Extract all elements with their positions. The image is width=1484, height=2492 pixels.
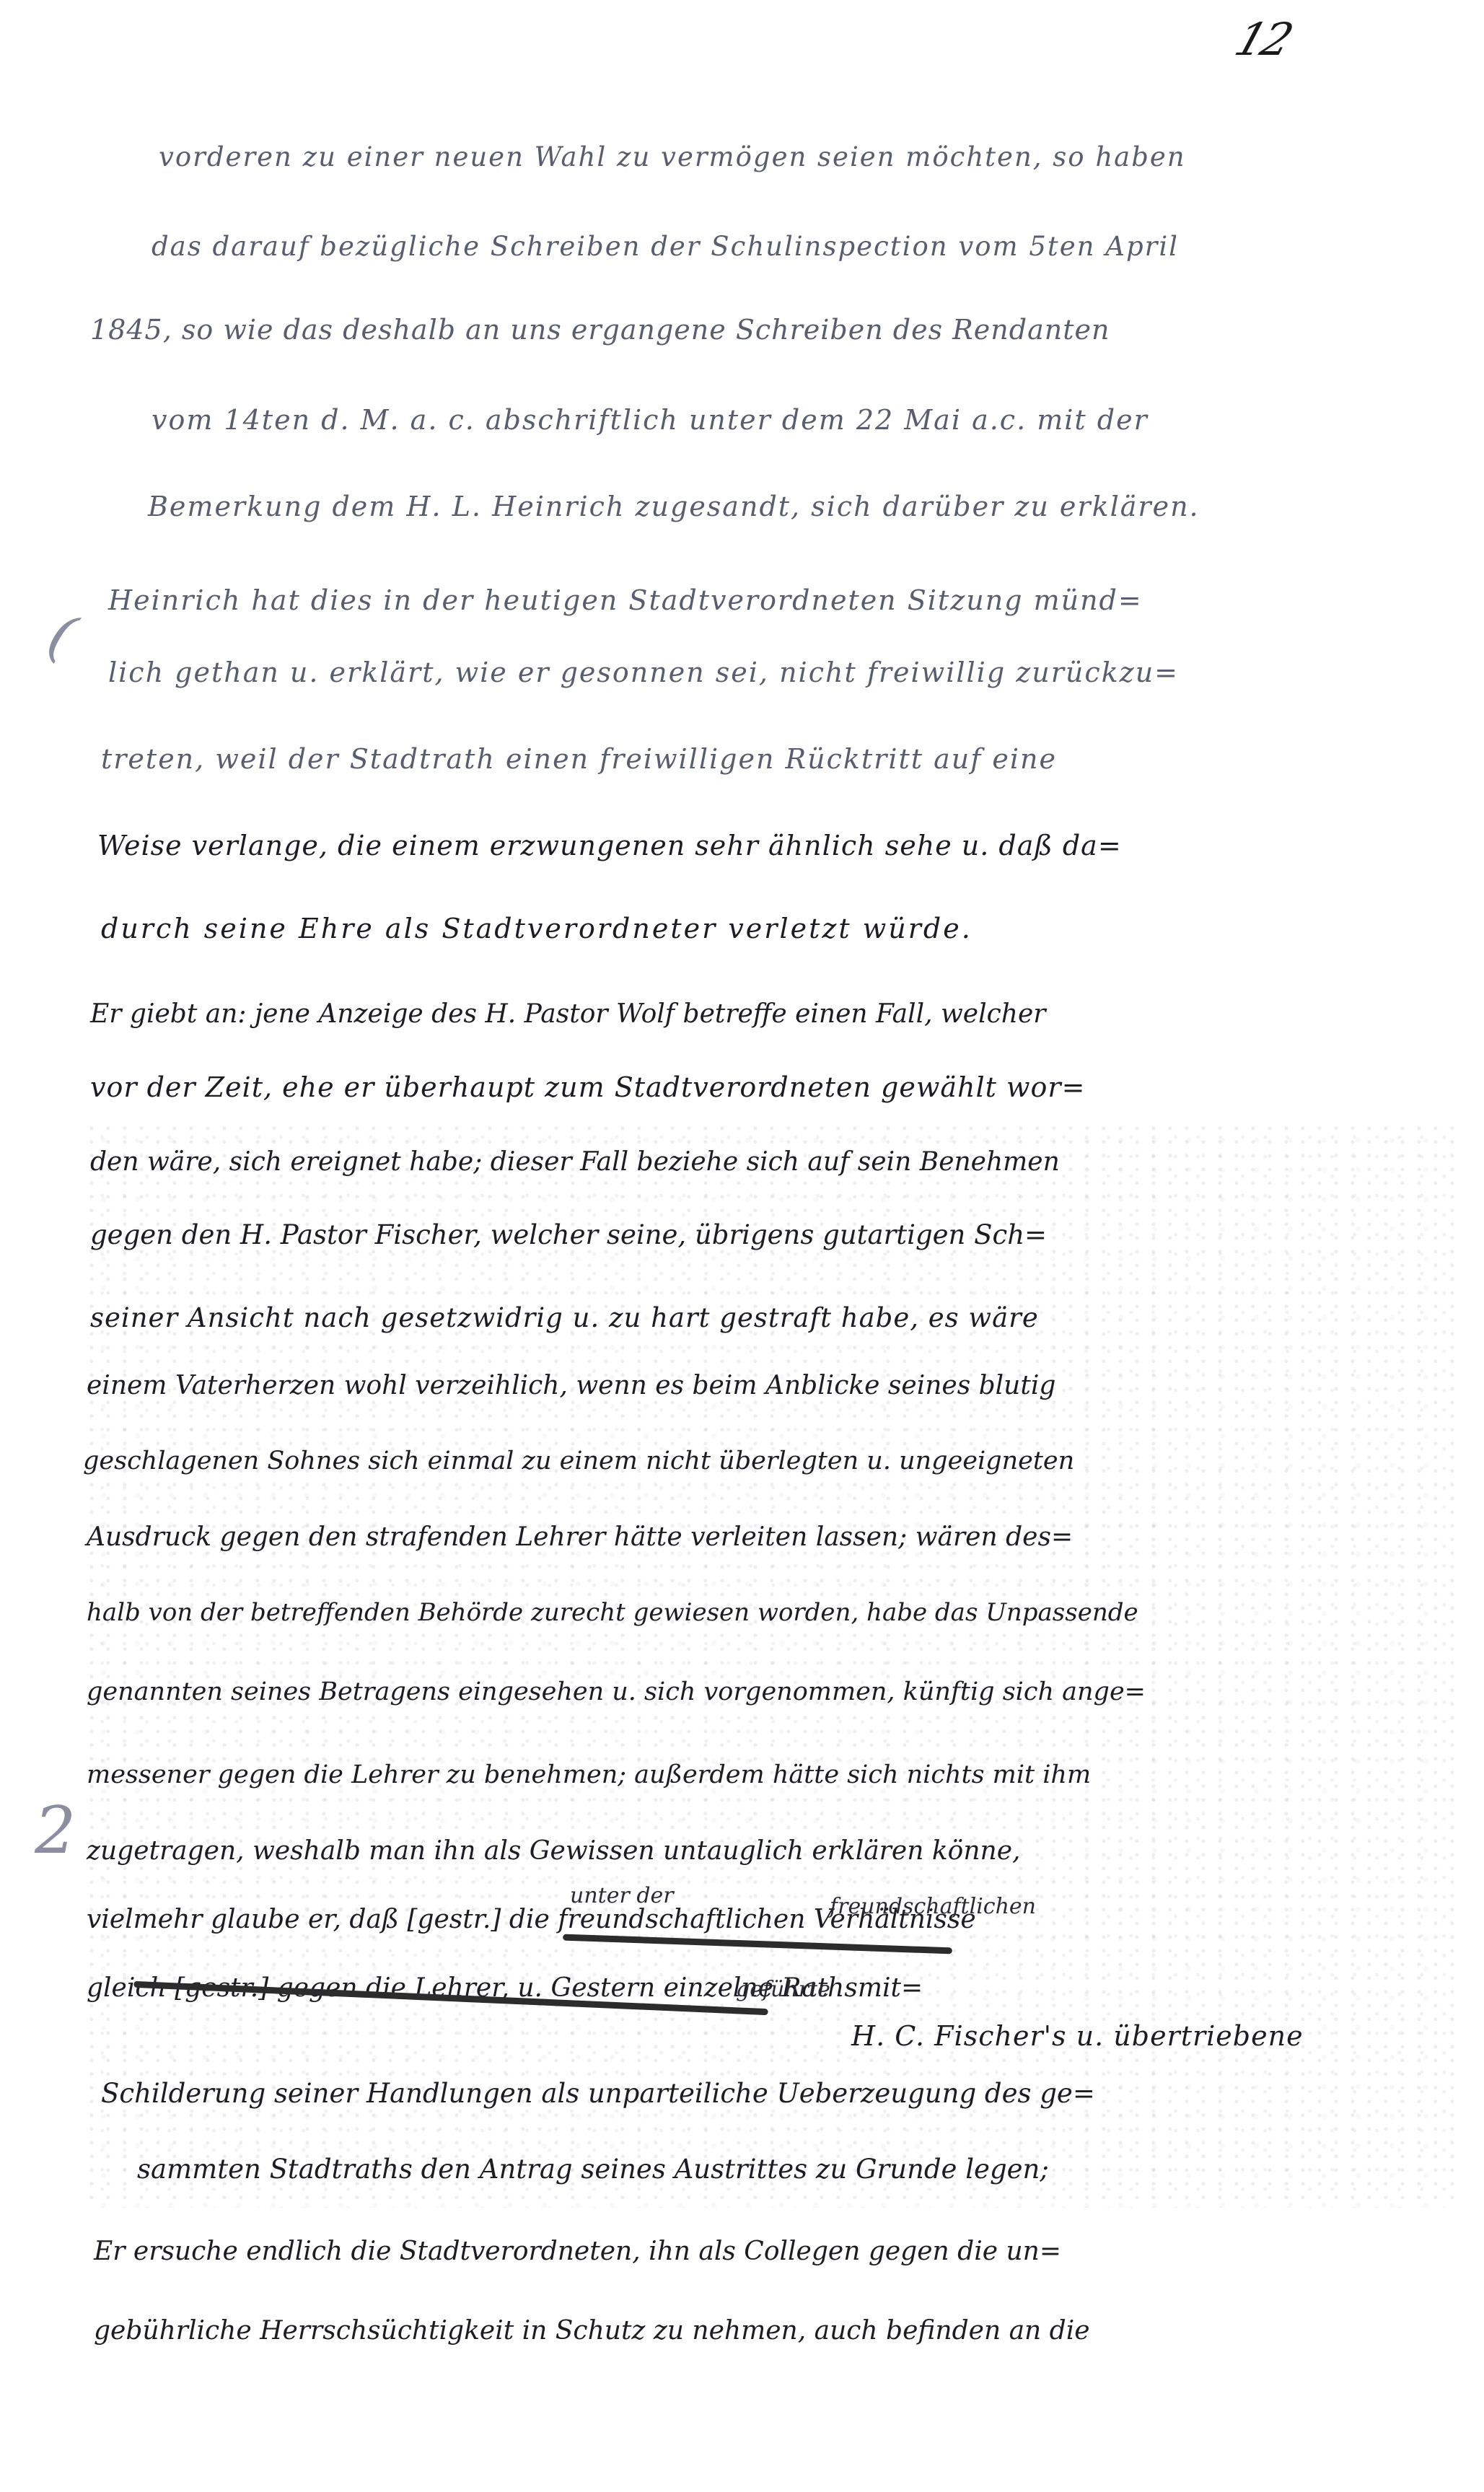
- text-line: Heinrich hat dies in der heutigen Stadtv…: [108, 584, 1143, 616]
- text-line: vor der Zeit, ehe er überhaupt zum Stadt…: [90, 1071, 1085, 1103]
- text-line: Bemerkung dem H. L. Heinrich zugesandt, …: [148, 491, 1200, 522]
- text-line: Weise verlange, die einem erzwungenen se…: [97, 830, 1122, 861]
- text-line: seiner Ansicht nach gesetzwidrig u. zu h…: [90, 1302, 1039, 1333]
- text-line: einem Vaterherzen wohl verzeihlich, wenn…: [87, 1371, 1055, 1400]
- text-line: messener gegen die Lehrer zu benehmen; a…: [87, 1760, 1091, 1789]
- interlinear-insertion: freundschaftlichen: [830, 1894, 1036, 1919]
- text-line: geschlagenen Sohnes sich einmal zu einem…: [83, 1447, 1074, 1475]
- text-line: 1845, so wie das deshalb an uns ergangen…: [90, 314, 1110, 346]
- text-line: gegen den H. Pastor Fischer, welcher sei…: [90, 1219, 1047, 1250]
- text-line: das darauf bezügliche Schreiben der Schu…: [152, 231, 1179, 262]
- text-line: Er ersuche endlich die Stadtverordneten,…: [94, 2237, 1061, 2266]
- text-line: Er giebt an: jene Anzeige des H. Pastor …: [90, 999, 1045, 1029]
- text-line: den wäre, sich ereignet habe; dieser Fal…: [90, 1147, 1060, 1177]
- text-line: genannten seines Betragens eingesehen u.…: [87, 1677, 1146, 1706]
- interlinear-insertion: geführte: [736, 1977, 830, 2002]
- handwritten-text-block: vorderen zu einer neuen Wahl zu vermögen…: [0, 0, 1484, 2492]
- interlinear-insertion: unter der: [570, 1883, 674, 1908]
- text-line: Ausdruck gegen den strafenden Lehrer hät…: [87, 1522, 1073, 1552]
- text-line: treten, weil der Stadtrath einen freiwil…: [101, 743, 1057, 775]
- text-line: H. C. Fischer's u. übertriebene: [851, 2020, 1304, 2052]
- text-line: durch seine Ehre als Stadtverordneter ve…: [101, 913, 972, 944]
- text-line: gebührliche Herrschsüchtigkeit in Schutz…: [94, 2316, 1090, 2346]
- text-line: vom 14ten d. M. a. c. abschriftlich unte…: [152, 404, 1149, 436]
- text-line: Schilderung seiner Handlungen als unpart…: [101, 2078, 1095, 2109]
- text-line: halb von der betreffenden Behörde zurech…: [87, 1598, 1138, 1627]
- text-line: lich gethan u. erklärt, wie er gesonnen …: [108, 657, 1179, 688]
- manuscript-page: 12 ( 2 vorderen zu einer neuen Wahl zu v…: [0, 0, 1484, 2492]
- text-line: sammten Stadtraths den Antrag seines Aus…: [137, 2154, 1049, 2185]
- text-line: vorderen zu einer neuen Wahl zu vermögen…: [159, 141, 1186, 172]
- text-line: zugetragen, weshalb man ihn als Gewissen…: [87, 1836, 1020, 1866]
